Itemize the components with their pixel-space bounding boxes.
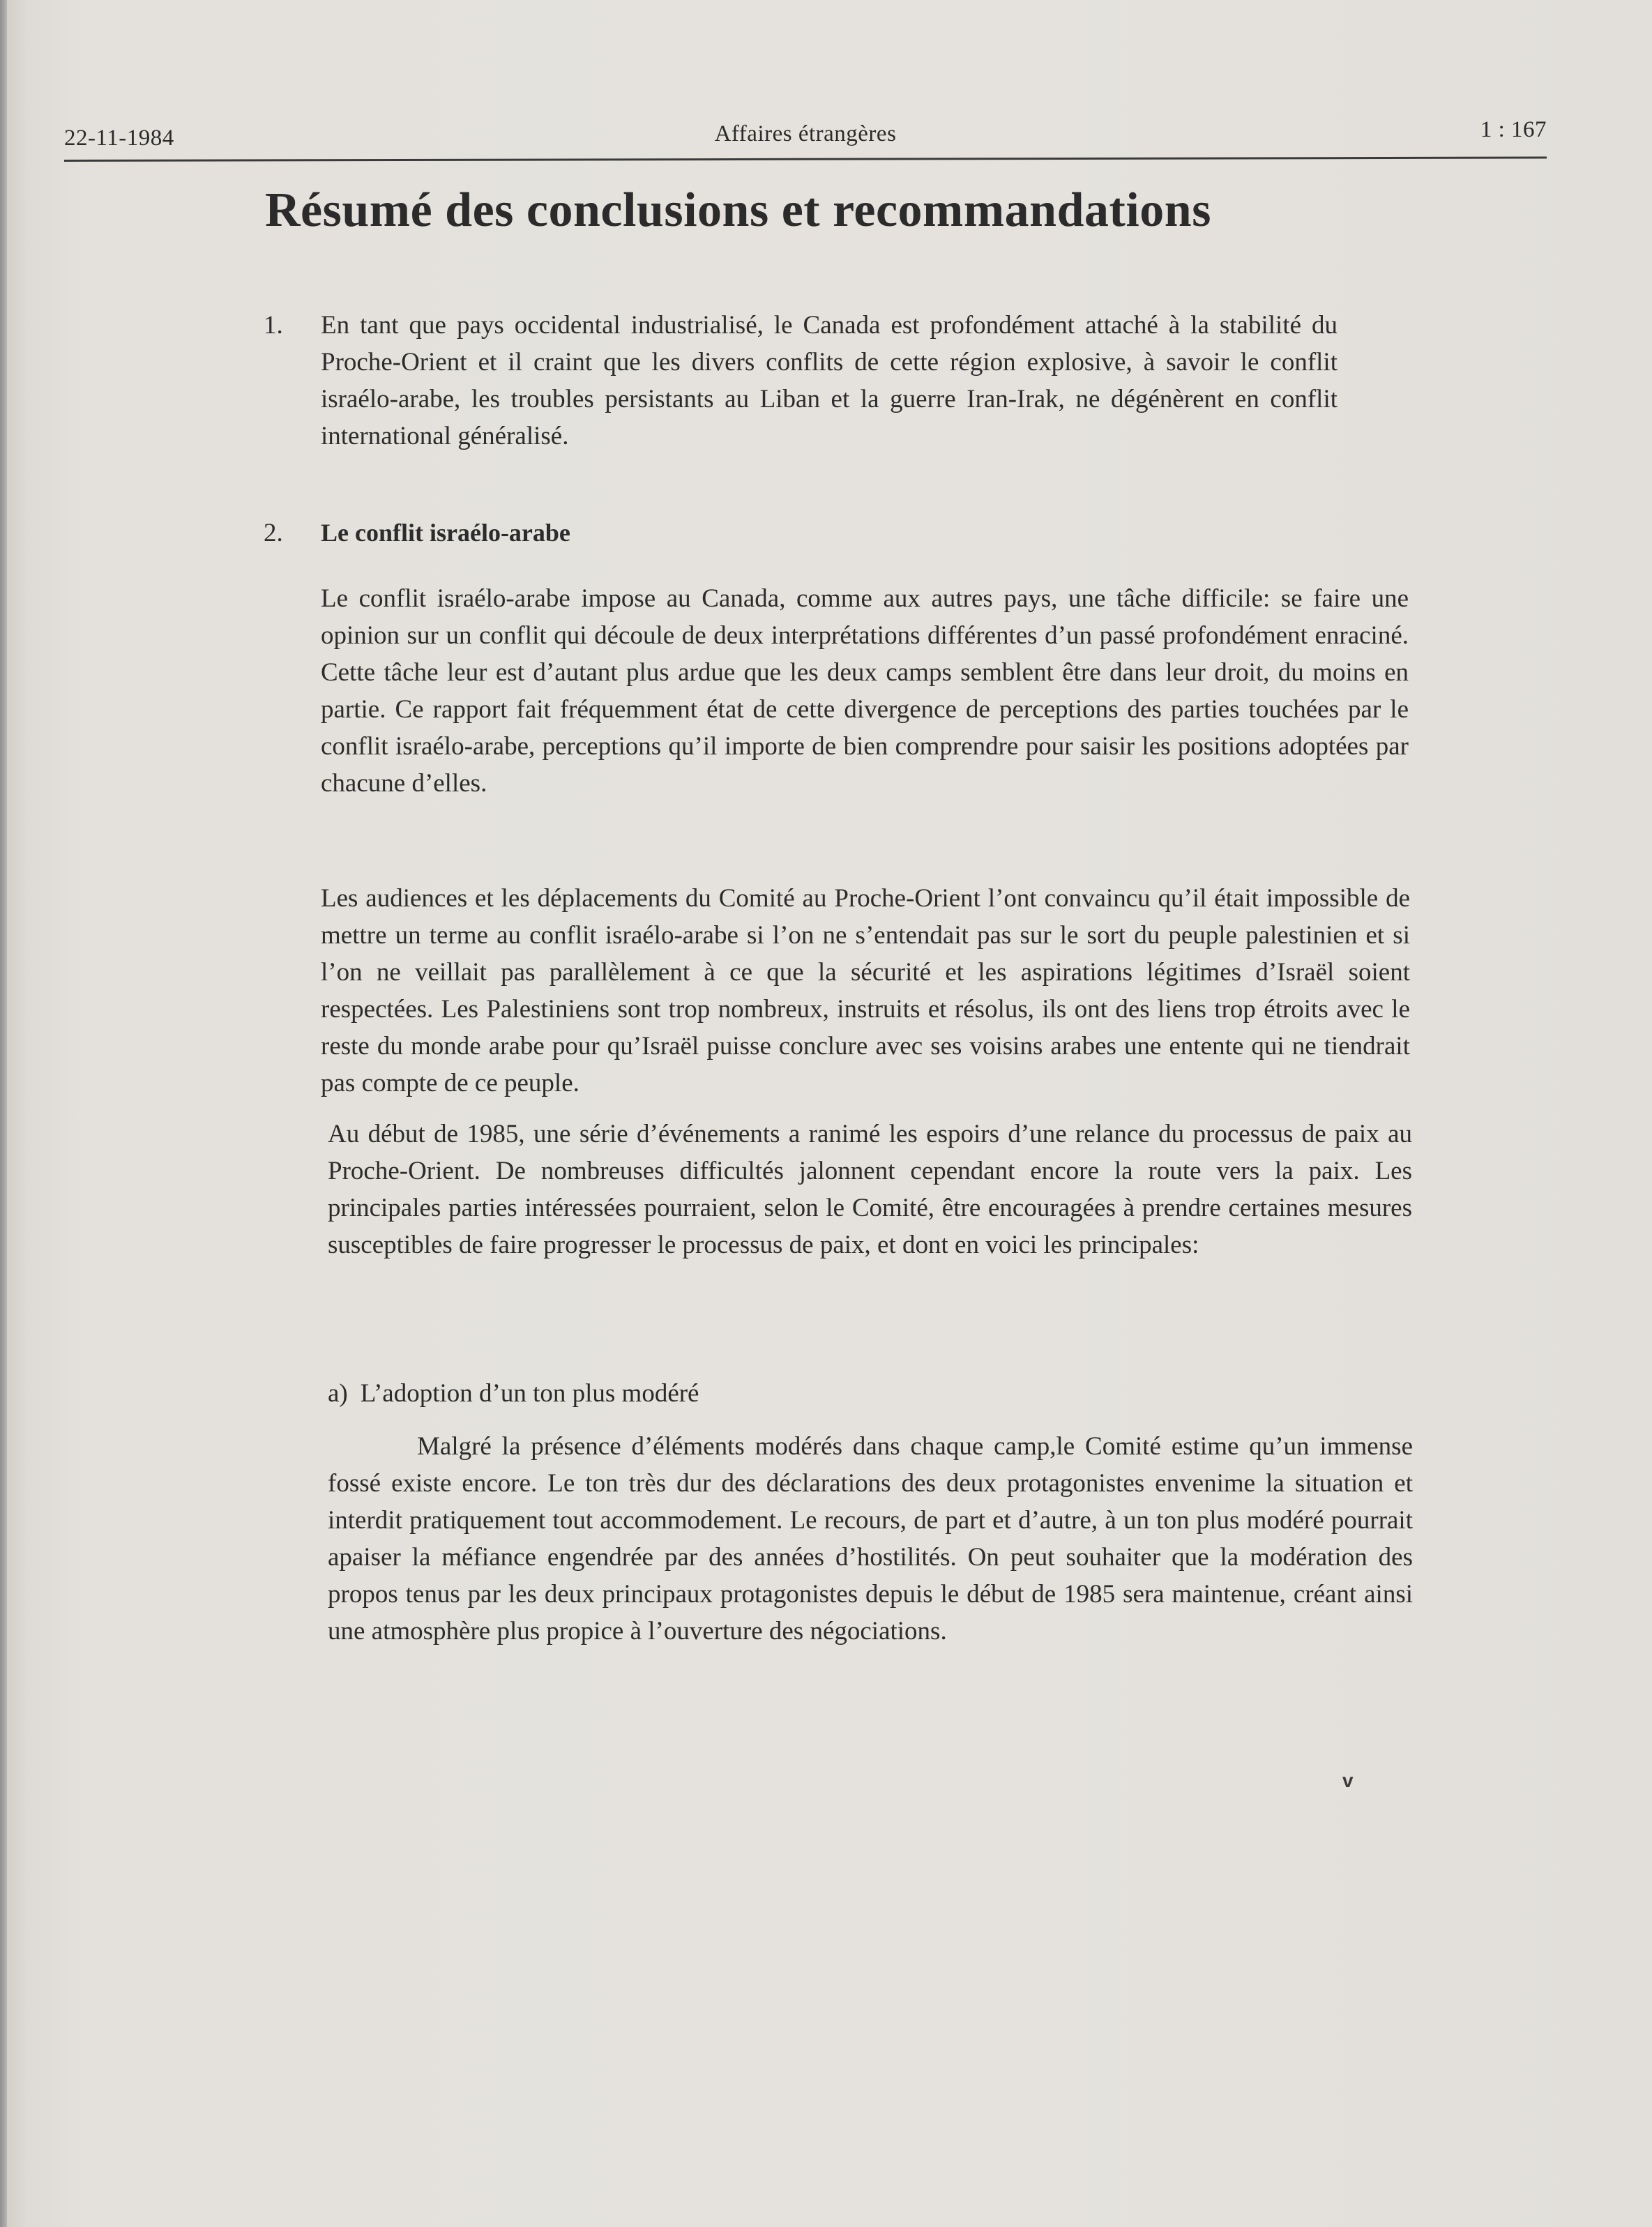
paragraph: Au début de 1985, une série d’événements… (328, 1116, 1412, 1263)
subsection-heading: a)L’adoption d’un ton plus modéré (328, 1375, 699, 1412)
numbered-item-2: 2. Le conflit israélo-arabe (264, 515, 1337, 552)
item-number: 2. (264, 515, 283, 552)
item-text: En tant que pays occidental industrialis… (321, 307, 1337, 455)
subsection-paragraph: Malgré la présence d’éléments modérés da… (328, 1428, 1413, 1650)
page-title: Résumé des conclusions et recommandation… (265, 183, 1211, 238)
paragraph: Les audiences et les déplacements du Com… (321, 880, 1410, 1102)
page-spine-edge (0, 0, 7, 2227)
subsection-letter: a) (328, 1379, 348, 1408)
section-heading: Le conflit israélo-arabe (321, 515, 1337, 552)
running-head-page-ref: 1 : 167 (1480, 117, 1547, 143)
paragraph: Le conflit israélo-arabe impose au Canad… (321, 580, 1409, 802)
running-head-title: Affaires étrangères (64, 121, 1547, 147)
numbered-item-1: 1. En tant que pays occidental industria… (264, 307, 1337, 455)
running-head: 22-11-1984 Affaires étrangères 1 : 167 (64, 120, 1547, 159)
item-number: 1. (264, 307, 283, 344)
scanned-page: 22-11-1984 Affaires étrangères 1 : 167 R… (0, 0, 1652, 2227)
page-folio: v (1342, 1770, 1354, 1792)
subsection-title: L’adoption d’un ton plus modéré (361, 1379, 699, 1408)
